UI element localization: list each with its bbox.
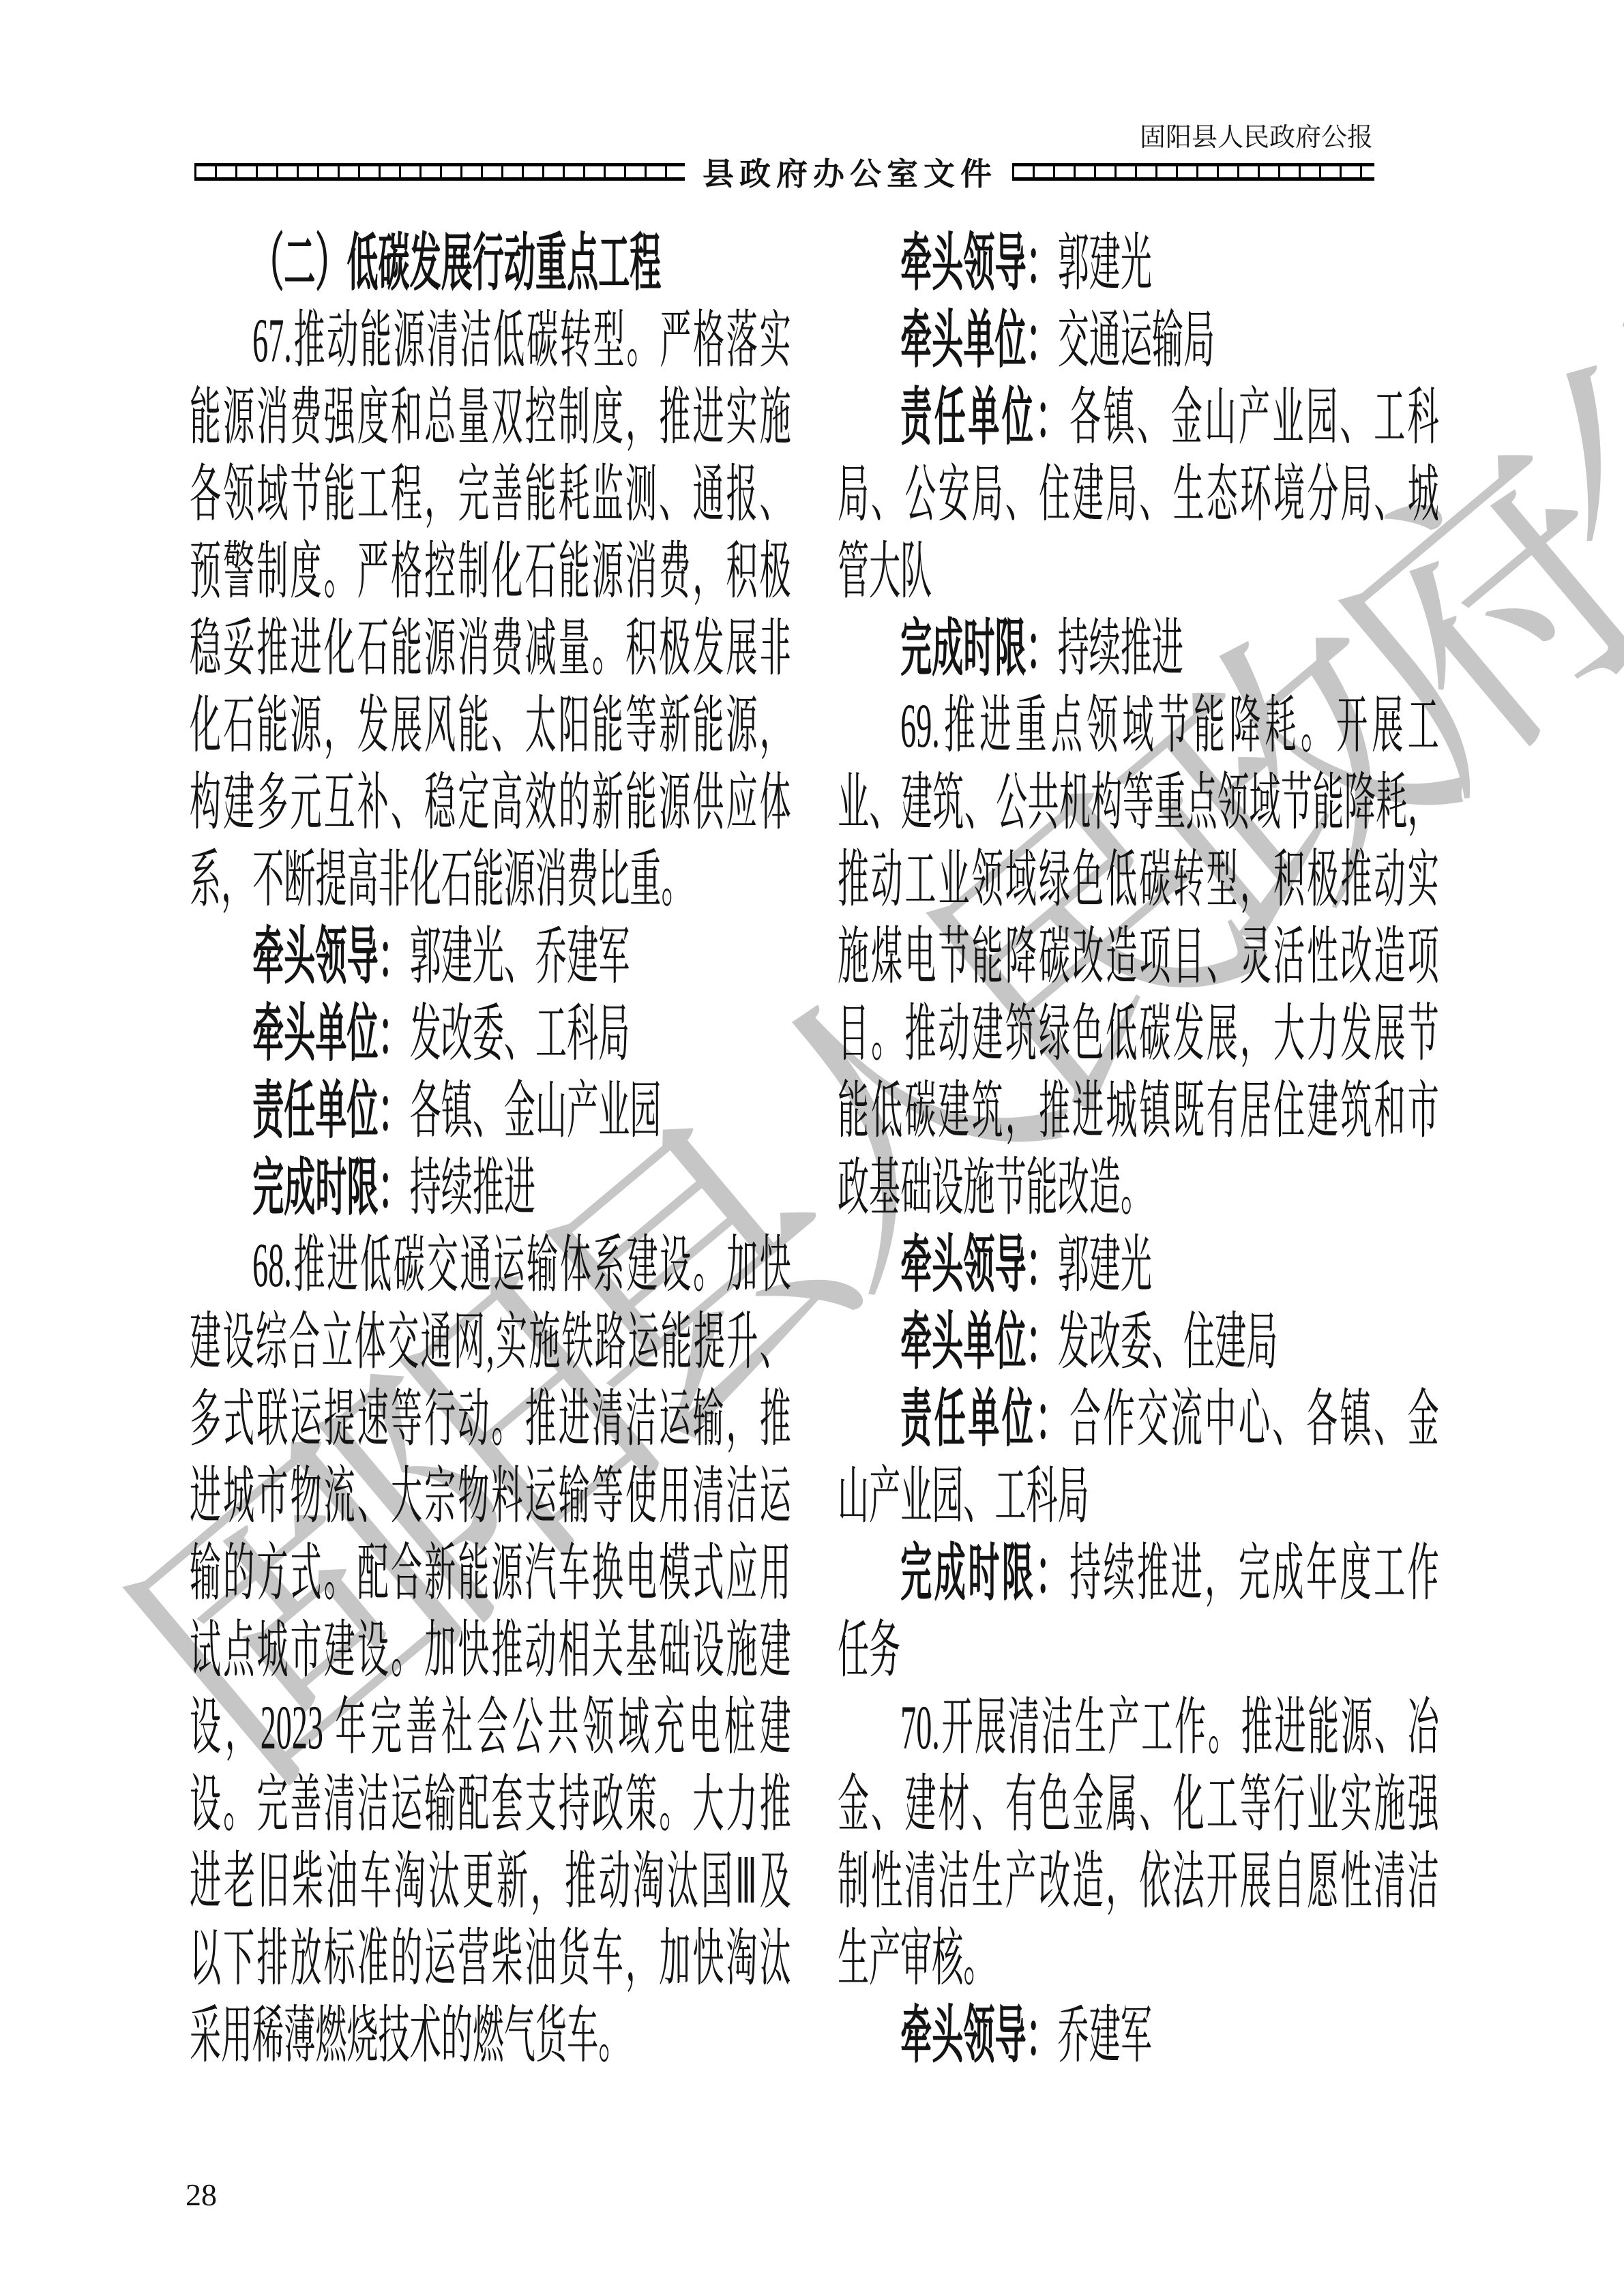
field-label: 牵头单位：: [900, 1307, 1057, 1377]
text-line: 金、建材、有色金属、化工等行业实施强: [838, 1766, 1439, 1843]
field-label: 牵头领导：: [900, 228, 1057, 298]
text-line: 山产业园、工科局: [838, 1458, 1439, 1535]
text-line: 推动工业领域绿色低碳转型，积极推动实: [838, 841, 1439, 919]
text-line: 施煤电节能降碳改造项目、灵活性改造项: [838, 919, 1439, 996]
header-rule-left-line: [194, 163, 685, 181]
text-line: 构建多元互补、稳定高效的新能源供应体: [190, 764, 791, 841]
text-line: 采用稀薄燃烧技术的燃气货车。: [190, 1997, 791, 2074]
field-value: 持续推进: [1058, 614, 1183, 683]
field-label: 牵头单位：: [900, 305, 1057, 375]
text-line: 67.推动能源清洁低碳转型。严格落实: [190, 302, 791, 379]
text-line: 68.推进低碳交通运输体系建设。加快: [190, 1227, 791, 1304]
text-line: 任务: [838, 1612, 1439, 1689]
left-column: （二）低碳发展行动重点工程67.推动能源清洁低碳转型。严格落实能源消费强度和总量…: [190, 225, 791, 2074]
gazette-title: 固阳县人民政府公报: [1140, 116, 1373, 153]
text-line: 进城市物流、大宗物料运输等使用清洁运: [190, 1458, 791, 1535]
text-line: 以下排放标准的运营柴油货车，加快淘汰: [190, 1920, 791, 1997]
right-column: 牵头领导：郭建光牵头单位：交通运输局责任单位：各镇、金山产业园、工科局、公安局、…: [838, 225, 1439, 2074]
field-label: 责任单位：: [900, 383, 1069, 452]
field-value: 交通运输局: [1058, 305, 1215, 375]
text-line: 管大队: [838, 533, 1439, 610]
text-line: 设，2023 年完善社会公共领域充电桩建: [190, 1689, 791, 1766]
text-line: 试点城市建设。加快推动相关基础设施建: [190, 1612, 791, 1689]
text-line: 牵头领导：郭建光、乔建军: [190, 919, 791, 996]
header-rule: 县政府办公室文件: [194, 151, 1374, 192]
text-line: 目。推动建筑绿色低碳发展，大力发展节: [838, 996, 1439, 1073]
text-line: 责任单位：各镇、金山产业园: [190, 1073, 791, 1150]
text-line: 责任单位：合作交流中心、各镇、金: [838, 1381, 1439, 1458]
field-value: 郭建光: [1058, 1230, 1152, 1300]
field-value: 各镇、金山产业园: [410, 1076, 662, 1146]
field-label: 牵头领导：: [252, 922, 409, 992]
field-label: 牵头领导：: [900, 2001, 1057, 2070]
header-rule-label: 县政府办公室文件: [685, 149, 1012, 194]
text-line: 进老旧柴油车淘汰更新，推动淘汰国Ⅲ及: [190, 1843, 791, 1920]
field-label: 责任单位：: [900, 1384, 1069, 1454]
text-line: 牵头单位：交通运输局: [838, 302, 1439, 379]
text-line: 系，不断提高非化石能源消费比重。: [190, 841, 791, 919]
text-line: 牵头领导：郭建光: [838, 225, 1439, 302]
text-line: 化石能源，发展风能、太阳能等新能源，: [190, 687, 791, 764]
text-line: 责任单位：各镇、金山产业园、工科: [838, 379, 1439, 456]
field-label: 完成时限：: [252, 1153, 409, 1223]
text-line: 输的方式。配合新能源汽车换电模式应用: [190, 1535, 791, 1612]
text-line: 牵头领导：乔建军: [838, 1997, 1439, 2074]
section-heading: （二）低碳发展行动重点工程: [190, 225, 791, 302]
text-line: 政基础设施节能改造。: [838, 1150, 1439, 1227]
text-line: 牵头单位：发改委、住建局: [838, 1304, 1439, 1381]
field-value: 郭建光: [1058, 228, 1152, 298]
field-value: 持续推进: [410, 1153, 535, 1223]
text-line: 完成时限：持续推进: [190, 1150, 791, 1227]
field-label: 牵头单位：: [252, 999, 409, 1069]
text-line: 牵头单位：发改委、工科局: [190, 996, 791, 1073]
field-value: 郭建光、乔建军: [410, 922, 630, 992]
text-line: 69.推进重点领域节能降耗。开展工: [838, 687, 1439, 764]
field-label: 完成时限：: [900, 614, 1057, 683]
text-line: 预警制度。严格控制化石能源消费，积极: [190, 533, 791, 610]
field-value: 发改委、住建局: [1058, 1307, 1278, 1377]
header-rule-right-line: [1012, 163, 1374, 181]
field-label: 牵头领导：: [900, 1230, 1057, 1300]
text-line: 生产审核。: [838, 1920, 1439, 1997]
text-line: 稳妥推进化石能源消费减量。积极发展非: [190, 610, 791, 687]
text-line: 完成时限：持续推进，完成年度工作: [838, 1535, 1439, 1612]
field-label: 责任单位：: [252, 1076, 409, 1146]
page-number: 28: [186, 2177, 217, 2213]
text-line: 设。完善清洁运输配套支持政策。大力推: [190, 1766, 791, 1843]
text-line: 能源消费强度和总量双控制度，推进实施: [190, 379, 791, 456]
field-value: 乔建军: [1058, 2001, 1152, 2070]
text-line: 多式联运提速等行动。推进清洁运输，推: [190, 1381, 791, 1458]
text-line: 能低碳建筑，推进城镇既有居住建筑和市: [838, 1073, 1439, 1150]
text-line: 各领域节能工程，完善能耗监测、通报、: [190, 456, 791, 533]
text-line: 完成时限：持续推进: [838, 610, 1439, 687]
text-line: 70.开展清洁生产工作。推进能源、冶: [838, 1689, 1439, 1766]
text-line: 业、建筑、公共机构等重点领域节能降耗，: [838, 764, 1439, 841]
text-line: 制性清洁生产改造，依法开展自愿性清洁: [838, 1843, 1439, 1920]
text-line: 建设综合立体交通网,实施铁路运能提升、: [190, 1304, 791, 1381]
text-line: 局、公安局、住建局、生态环境分局、城: [838, 456, 1439, 533]
field-label: 完成时限：: [900, 1538, 1069, 1608]
field-value: 发改委、工科局: [410, 999, 630, 1069]
document-page: 固阳县人民政府公报 固阳县人民政府公报 县政府办公室文件 （二）低碳发展行动重点…: [0, 0, 1624, 2296]
text-line: 牵头领导：郭建光: [838, 1227, 1439, 1304]
field-value: 合作交流中心、各镇、金: [1069, 1384, 1439, 1454]
field-value: 持续推进，完成年度工作: [1069, 1538, 1439, 1608]
field-value: 各镇、金山产业园、工科: [1069, 383, 1439, 452]
